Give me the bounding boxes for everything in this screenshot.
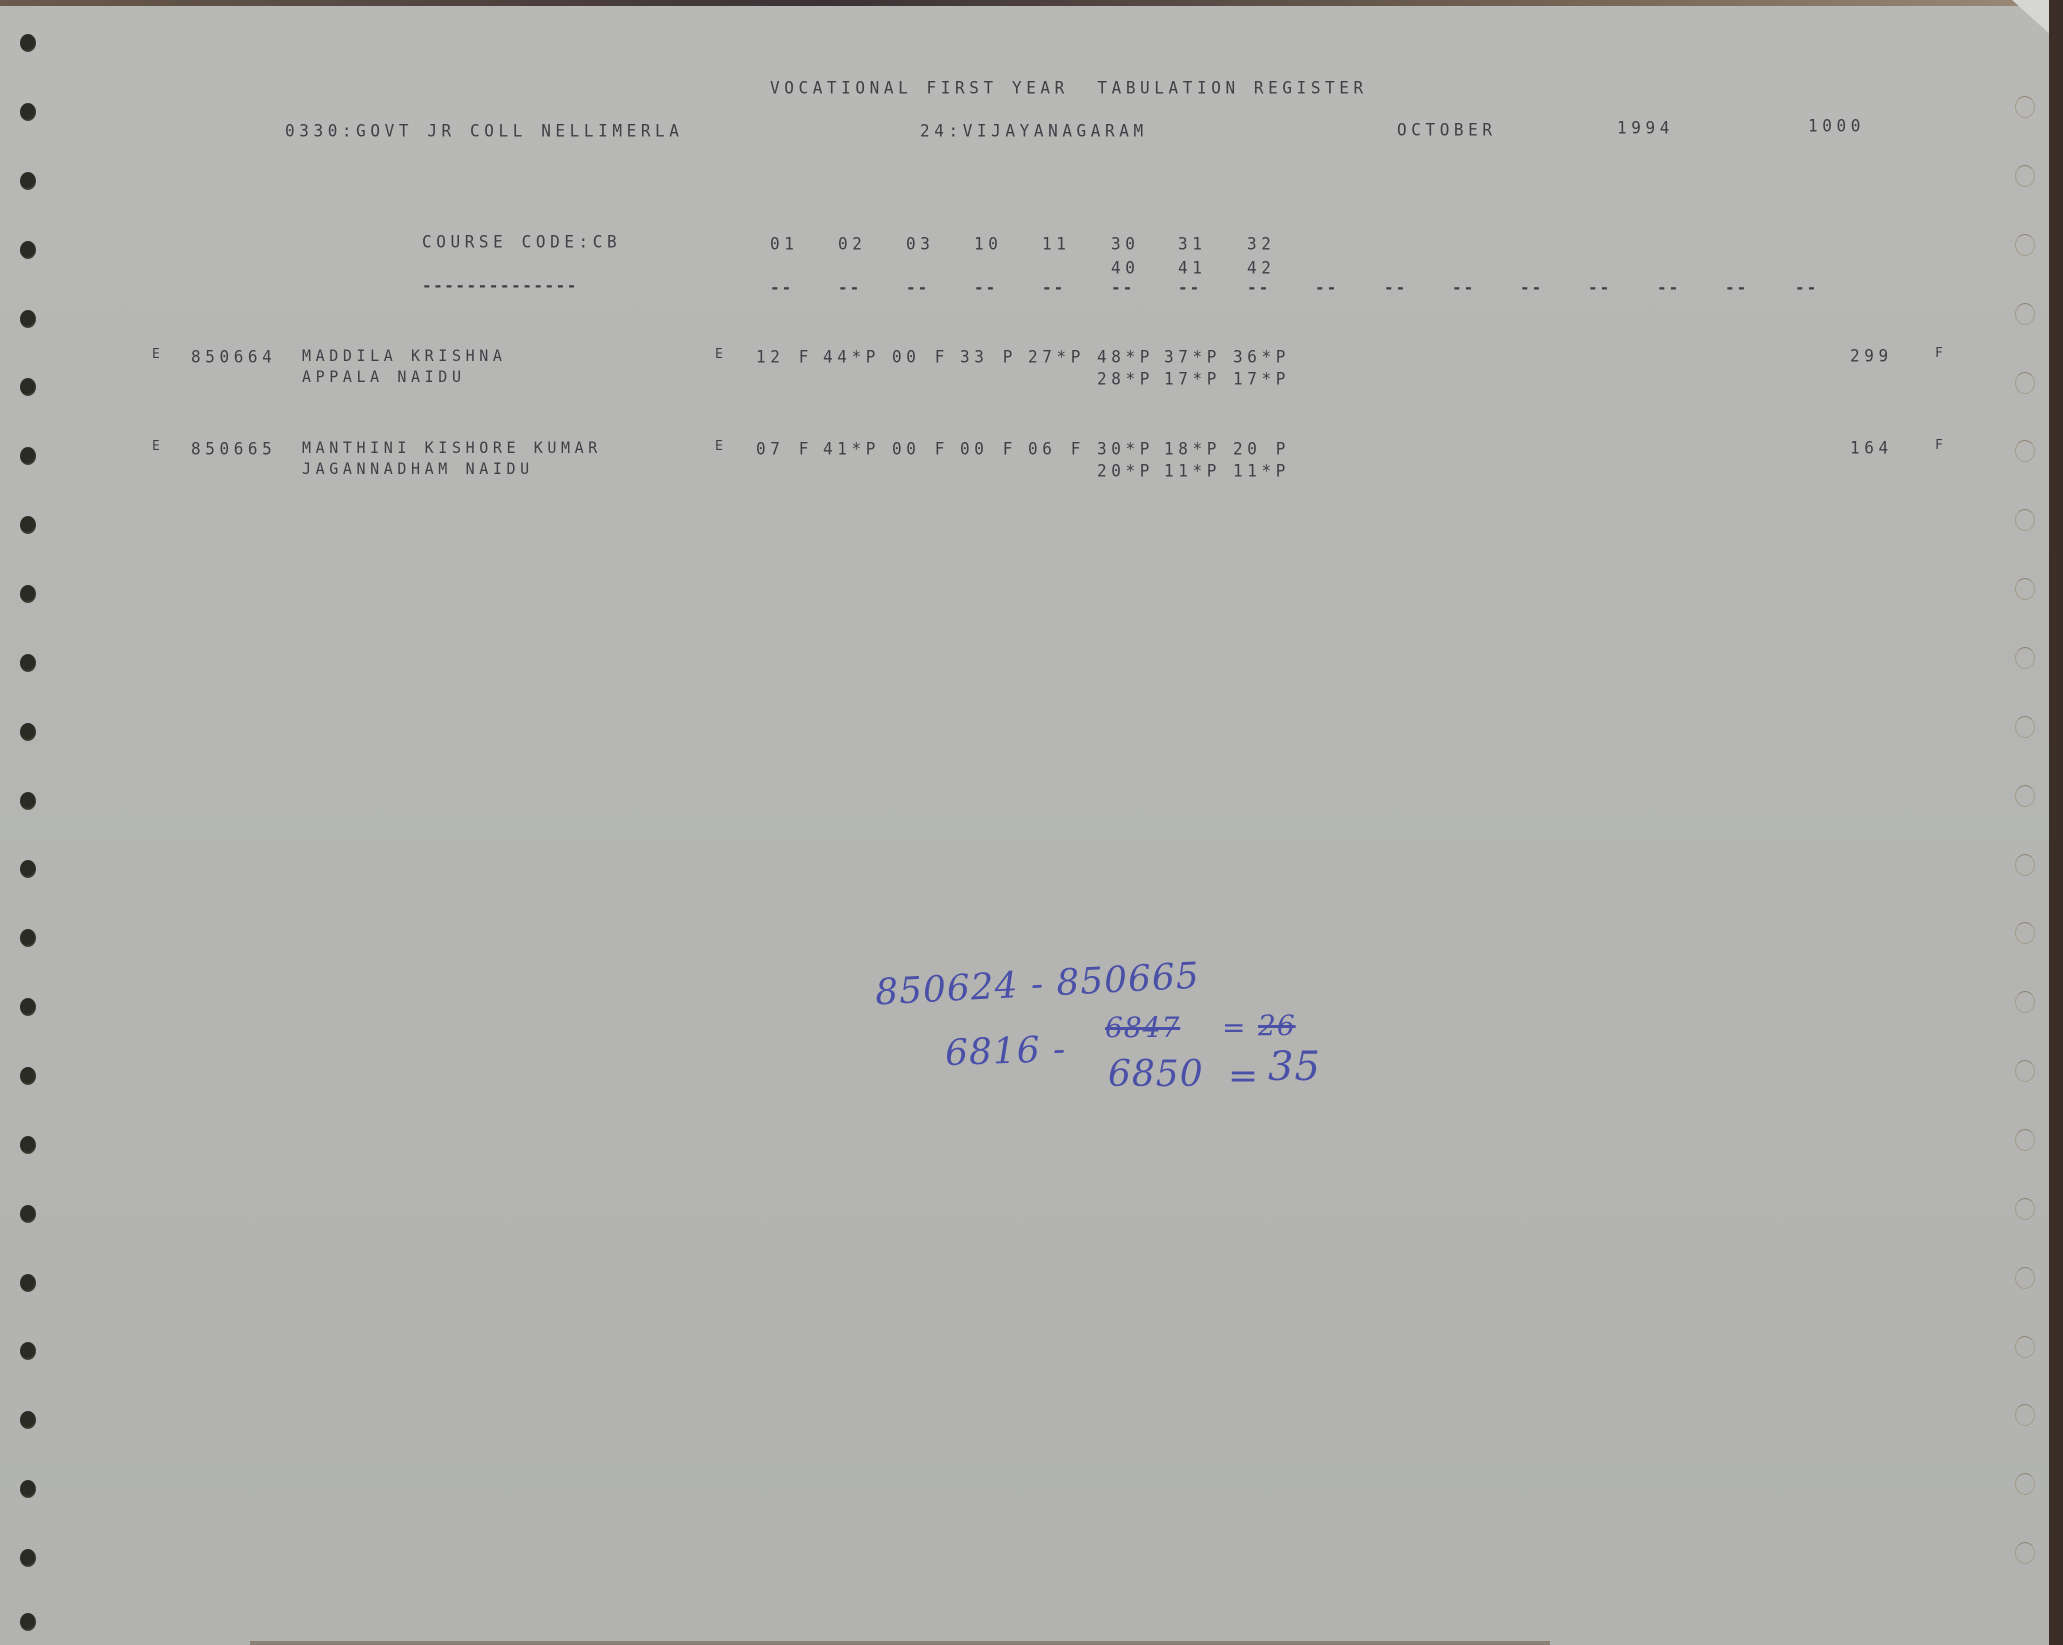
column-divider: -- [1657, 278, 1680, 297]
tractor-hole-icon [2015, 372, 2035, 394]
mark-01: 12 F [756, 347, 813, 367]
column-divider: -- [1042, 278, 1065, 297]
student-medium: E [152, 347, 164, 363]
tractor-hole-icon [2015, 509, 2035, 531]
mark-40: 20*P [1097, 461, 1154, 481]
column-divider: -- [974, 278, 997, 297]
column-divider: -- [838, 278, 861, 297]
page-code: 1000 [1808, 116, 1865, 136]
tractor-hole-icon [20, 516, 36, 534]
handwritten-struck-result: 26 [1258, 1009, 1296, 1042]
tractor-hole-icon [20, 310, 36, 328]
student-roll-number: 850664 [191, 347, 276, 367]
tractor-hole-icon [2015, 578, 2035, 600]
mark-03: 00 F [892, 439, 949, 459]
tractor-hole-icon [2015, 303, 2035, 325]
column-header-01: 01 [770, 234, 798, 254]
column-header-02: 02 [838, 234, 866, 254]
tractor-hole-icon [2015, 1129, 2035, 1151]
mark-42: 17*P [1233, 369, 1290, 389]
mark-31: 18*P [1164, 439, 1221, 459]
tractor-hole-icon [2015, 1336, 2035, 1358]
handwritten-end: 6850 [1108, 1054, 1204, 1095]
student-result: F [1935, 346, 1947, 362]
tractor-hole-icon [2015, 96, 2035, 118]
student-total: 164 [1850, 438, 1893, 458]
column-divider: -- [1452, 278, 1475, 297]
tractor-hole-icon [20, 792, 36, 810]
column-divider: -- [906, 278, 929, 297]
handwritten-struck-end: 6847 [1105, 1011, 1180, 1044]
tractor-hole-icon [20, 585, 36, 603]
mark-10: 00 F [960, 439, 1017, 459]
mark-11: 27*P [1028, 347, 1085, 367]
column-header-42: 42 [1247, 258, 1275, 278]
tractor-hole-icon [20, 1480, 36, 1498]
tractor-hole-icon [20, 1613, 36, 1631]
mark-32: 36*P [1233, 347, 1290, 367]
column-divider: -- [1178, 278, 1201, 297]
tractor-hole-icon [20, 1274, 36, 1292]
handwritten-start: 6816 - [944, 1029, 1067, 1074]
course-code-underline: -------------- [422, 276, 578, 295]
tractor-hole-icon [20, 723, 36, 741]
column-header-03: 03 [906, 234, 934, 254]
tractor-hole-icon [2015, 1267, 2035, 1289]
mark-41: 17*P [1164, 369, 1221, 389]
handwritten-equals: = [1222, 1011, 1246, 1044]
column-header-11: 11 [1042, 234, 1070, 254]
tractor-hole-icon [20, 103, 36, 121]
tractor-hole-icon [20, 998, 36, 1016]
mark-03: 00 F [892, 347, 949, 367]
mark-01: 07 F [756, 439, 813, 459]
tractor-hole-icon [20, 1342, 36, 1360]
column-header-32: 32 [1247, 234, 1275, 254]
district-name: 24:VIJAYANAGARAM [920, 121, 1148, 141]
tractor-hole-icon [2015, 165, 2035, 187]
column-header-31: 31 [1178, 234, 1206, 254]
student-language: E [715, 347, 727, 363]
column-divider: -- [1315, 278, 1338, 297]
tractor-hole-icon [2015, 991, 2035, 1013]
tractor-hole-icon [2015, 1473, 2035, 1495]
student-name: MANTHINI KISHORE KUMAR [302, 439, 602, 458]
mark-40: 28*P [1097, 369, 1154, 389]
student-father-name: JAGANNADHAM NAIDU [302, 460, 534, 479]
tractor-hole-icon [20, 1067, 36, 1085]
tractor-hole-icon [20, 654, 36, 672]
college-name: 0330:GOVT JR COLL NELLIMERLA [285, 121, 684, 141]
student-language: E [715, 439, 727, 455]
mark-10: 33 P [960, 347, 1017, 367]
handwritten-roll-range: 850624 - 850665 [874, 956, 1201, 1014]
paper-right-edge [2049, 0, 2063, 1645]
exam-month: OCTOBER [1397, 120, 1497, 140]
tractor-hole-icon [2015, 1542, 2035, 1564]
student-total: 299 [1850, 346, 1893, 366]
column-divider: -- [1111, 278, 1134, 297]
mark-30: 48*P [1097, 347, 1154, 367]
tractor-hole-icon [20, 241, 36, 259]
tractor-hole-icon [20, 860, 36, 878]
mark-41: 11*P [1164, 461, 1221, 481]
student-result: F [1935, 438, 1947, 454]
tractor-hole-icon [2015, 854, 2035, 876]
student-medium: E [152, 439, 164, 455]
mark-11: 06 F [1028, 439, 1085, 459]
printout-page: VOCATIONAL FIRST YEAR TABULATION REGISTE… [0, 6, 2050, 1642]
tractor-hole-icon [2015, 785, 2035, 807]
tractor-hole-icon [20, 1136, 36, 1154]
mark-02: 41*P [823, 439, 880, 459]
tractor-hole-icon [2015, 922, 2035, 944]
column-divider: -- [1795, 278, 1818, 297]
tractor-hole-icon [20, 34, 36, 52]
student-name: MADDILA KRISHNA [302, 347, 506, 366]
tractor-hole-icon [2015, 234, 2035, 256]
mark-30: 30*P [1097, 439, 1154, 459]
column-divider: -- [770, 278, 793, 297]
paper-bottom-edge [250, 1641, 1550, 1645]
tractor-hole-icon [20, 172, 36, 190]
register-title: VOCATIONAL FIRST YEAR TABULATION REGISTE… [770, 78, 1368, 98]
column-divider: -- [1725, 278, 1748, 297]
tractor-hole-icon [2015, 1198, 2035, 1220]
course-code-label: COURSE CODE:CB [422, 232, 621, 252]
column-header-30: 30 [1111, 234, 1139, 254]
column-divider: -- [1247, 278, 1270, 297]
tractor-hole-icon [20, 447, 36, 465]
student-father-name: APPALA NAIDU [302, 368, 466, 387]
column-header-10: 10 [974, 234, 1002, 254]
column-header-40: 40 [1111, 258, 1139, 278]
column-header-41: 41 [1178, 258, 1206, 278]
tractor-hole-icon [2015, 1060, 2035, 1082]
tractor-hole-icon [20, 1549, 36, 1567]
tractor-hole-icon [20, 1411, 36, 1429]
column-divider: -- [1588, 278, 1611, 297]
mark-42: 11*P [1233, 461, 1290, 481]
mark-32: 20 P [1233, 439, 1290, 459]
column-divider: -- [1520, 278, 1543, 297]
exam-year: 1994 [1617, 118, 1674, 138]
mark-02: 44*P [823, 347, 880, 367]
tractor-hole-icon [20, 1205, 36, 1223]
tractor-hole-icon [20, 929, 36, 947]
tractor-hole-icon [2015, 716, 2035, 738]
mark-31: 37*P [1164, 347, 1221, 367]
tractor-hole-icon [2015, 1404, 2035, 1426]
tractor-hole-icon [20, 378, 36, 396]
student-roll-number: 850665 [191, 439, 276, 459]
tractor-hole-icon [2015, 647, 2035, 669]
handwritten-equals: = [1228, 1056, 1259, 1097]
tractor-hole-icon [2015, 440, 2035, 462]
column-divider: -- [1384, 278, 1407, 297]
handwritten-result: 35 [1268, 1044, 1321, 1090]
